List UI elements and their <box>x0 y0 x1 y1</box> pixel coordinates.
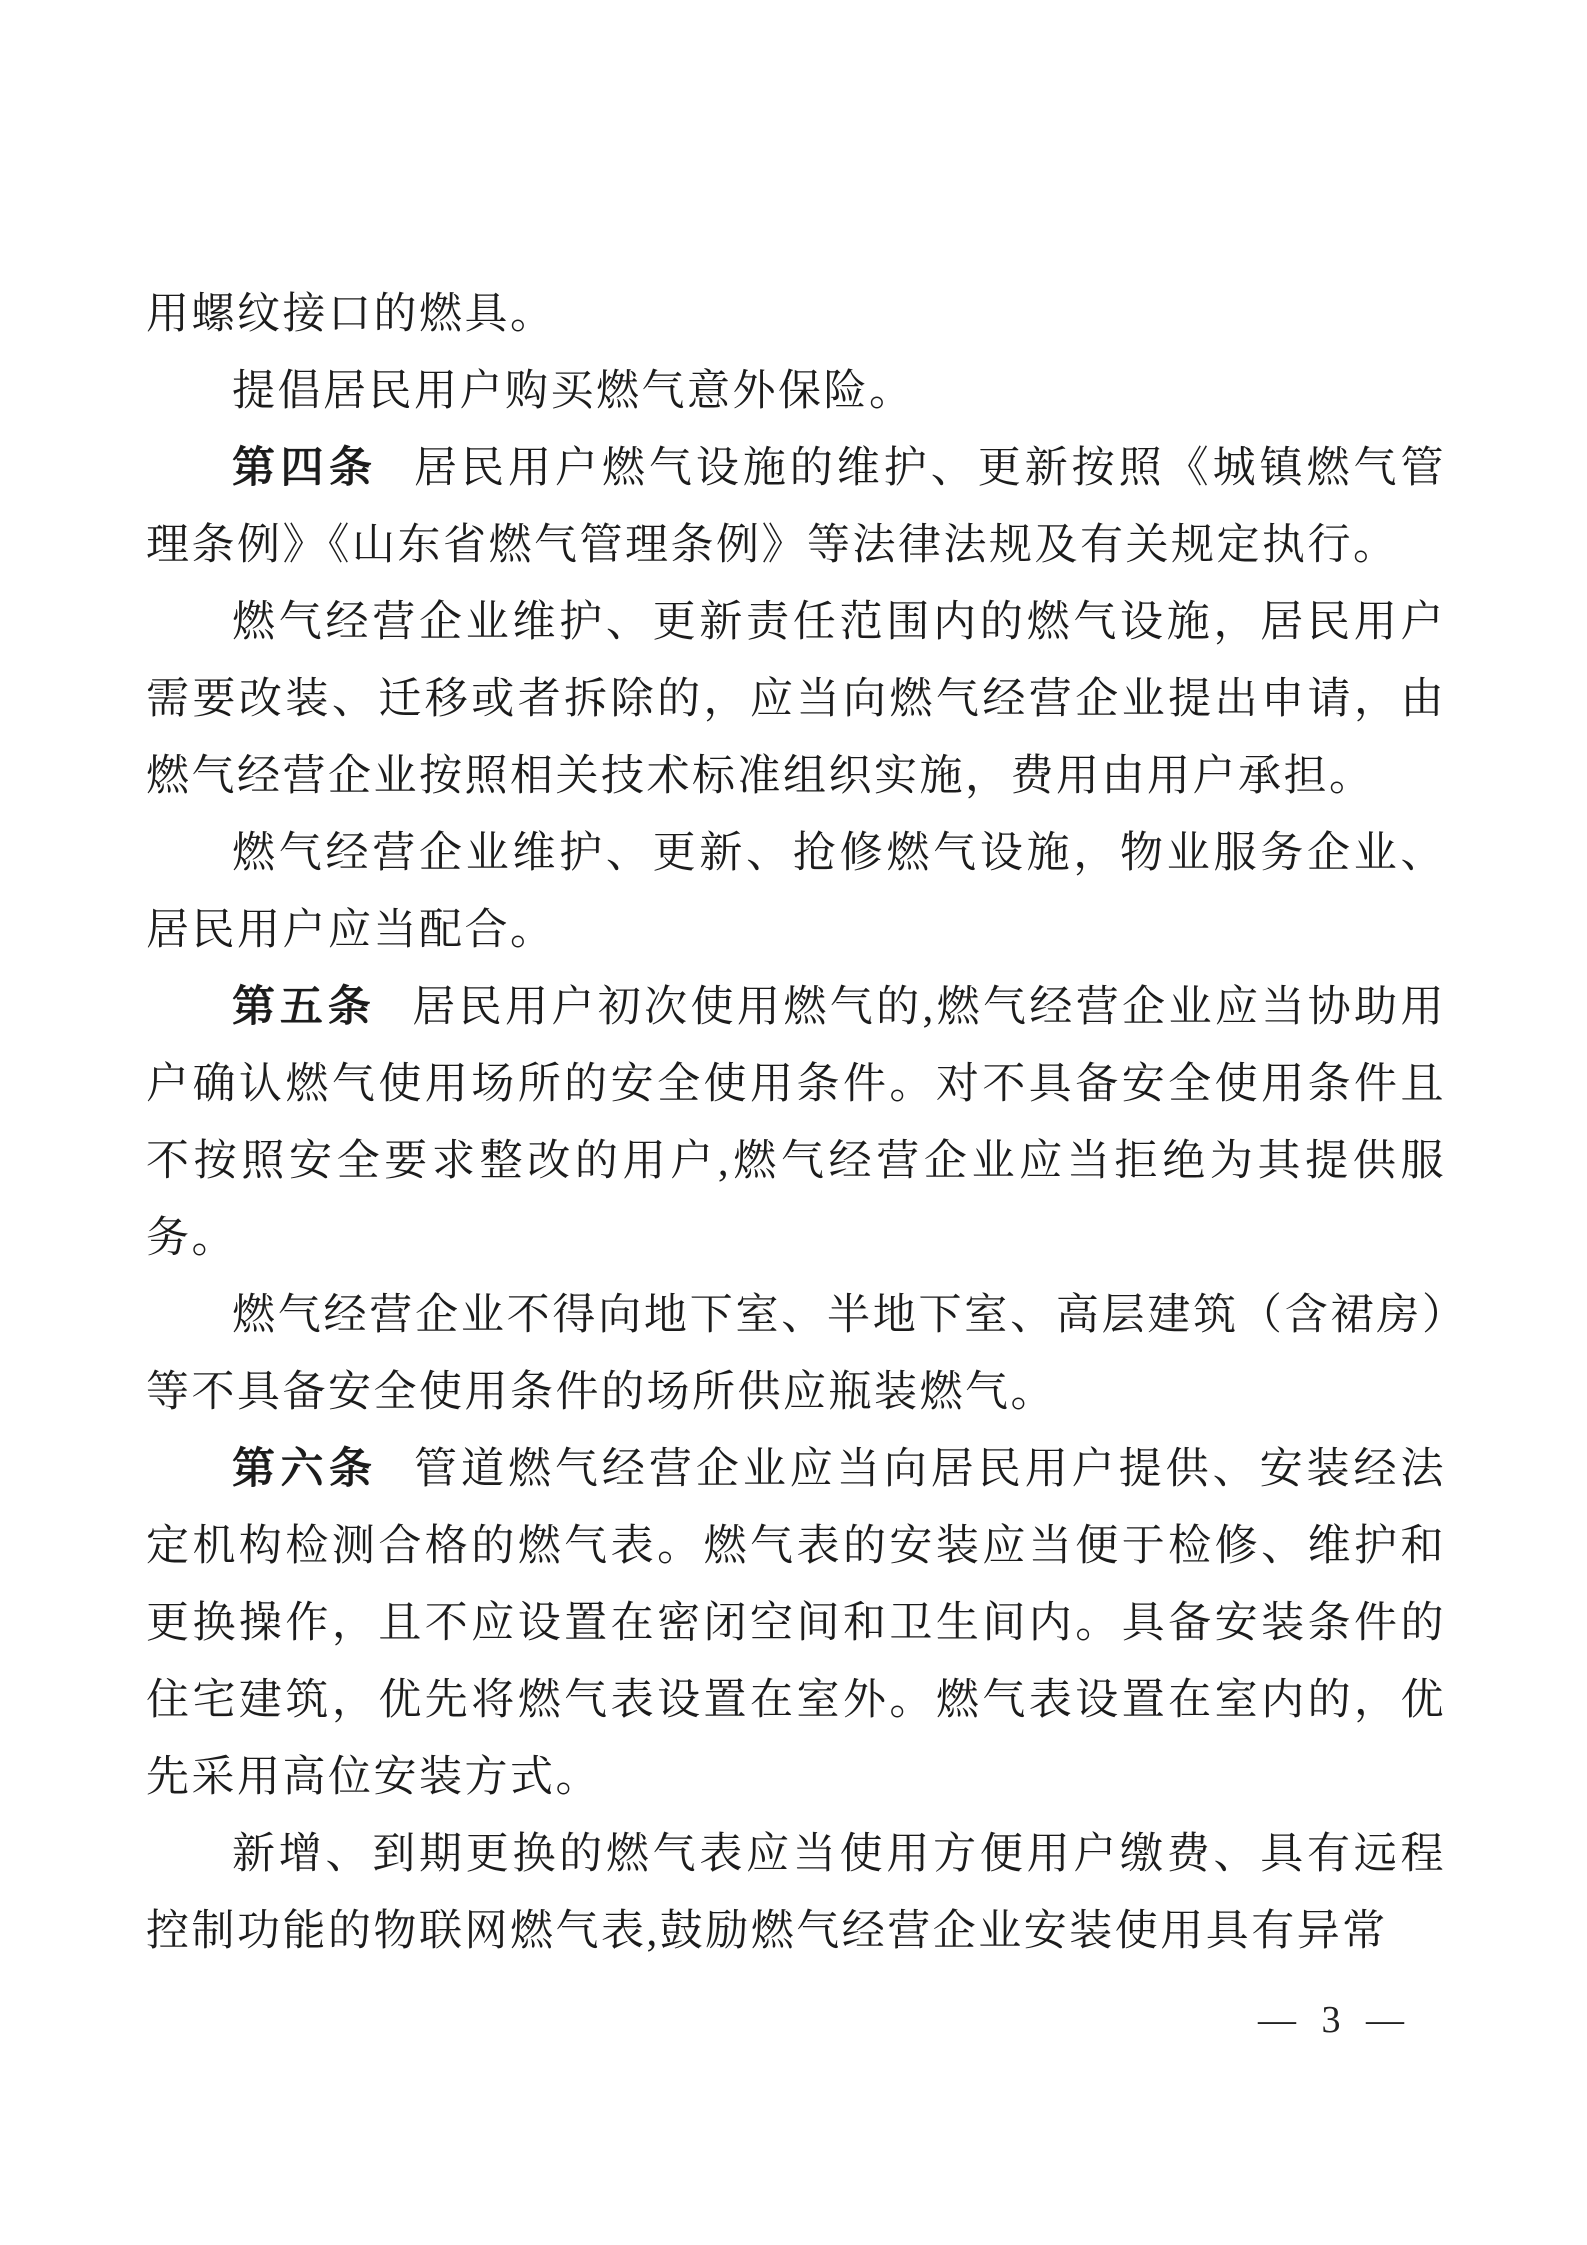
paragraph-article-4: 第四条居民用户燃气设施的维护、更新按照《城镇燃气管理条例》《山东省燃气管理条例》… <box>146 430 1446 584</box>
paragraph: 燃气经营企业维护、更新、抢修燃气设施，物业服务企业、居民用户应当配合。 <box>146 815 1446 969</box>
article-label: 第四条 <box>232 444 377 492</box>
document-body: 用螺纹接口的燃具。 提倡居民用户购买燃气意外保险。 第四条居民用户燃气设施的维护… <box>146 276 1446 1970</box>
paragraph-text: 燃气经营企业维护、更新责任范围内的燃气设施，居民用户需要改装、迁移或者拆除的，应… <box>146 599 1446 800</box>
article-label: 第六条 <box>232 1445 377 1493</box>
paragraph-text: 用螺纹接口的燃具。 <box>146 291 556 338</box>
paragraph-text: 燃气经营企业维护、更新、抢修燃气设施，物业服务企业、居民用户应当配合。 <box>146 830 1446 954</box>
paragraph: 燃气经营企业维护、更新责任范围内的燃气设施，居民用户需要改装、迁移或者拆除的，应… <box>146 584 1446 815</box>
document-page: 用螺纹接口的燃具。 提倡居民用户购买燃气意外保险。 第四条居民用户燃气设施的维护… <box>0 0 1587 2245</box>
paragraph: 燃气经营企业不得向地下室、半地下室、高层建筑（含裙房）等不具备安全使用条件的场所… <box>146 1277 1446 1431</box>
article-label: 第五条 <box>232 983 376 1031</box>
paragraph: 用螺纹接口的燃具。 <box>146 276 1446 353</box>
paragraph-text: 新增、到期更换的燃气表应当使用方便用户缴费、具有远程控制功能的物联网燃气表,鼓励… <box>146 1831 1446 1955</box>
paragraph-text: 提倡居民用户购买燃气意外保险。 <box>232 368 915 415</box>
page-number: — 3 — <box>1258 1998 1412 2042</box>
paragraph-article-6: 第六条管道燃气经营企业应当向居民用户提供、安装经法定机构检测合格的燃气表。燃气表… <box>146 1431 1446 1816</box>
paragraph: 提倡居民用户购买燃气意外保险。 <box>146 353 1446 430</box>
paragraph-article-5: 第五条居民用户初次使用燃气的,燃气经营企业应当协助用户确认燃气使用场所的安全使用… <box>146 969 1446 1277</box>
paragraph-text: 管道燃气经营企业应当向居民用户提供、安装经法定机构检测合格的燃气表。燃气表的安装… <box>146 1446 1446 1801</box>
paragraph: 新增、到期更换的燃气表应当使用方便用户缴费、具有远程控制功能的物联网燃气表,鼓励… <box>146 1816 1446 1970</box>
paragraph-text: 燃气经营企业不得向地下室、半地下室、高层建筑（含裙房）等不具备安全使用条件的场所… <box>146 1292 1446 1416</box>
